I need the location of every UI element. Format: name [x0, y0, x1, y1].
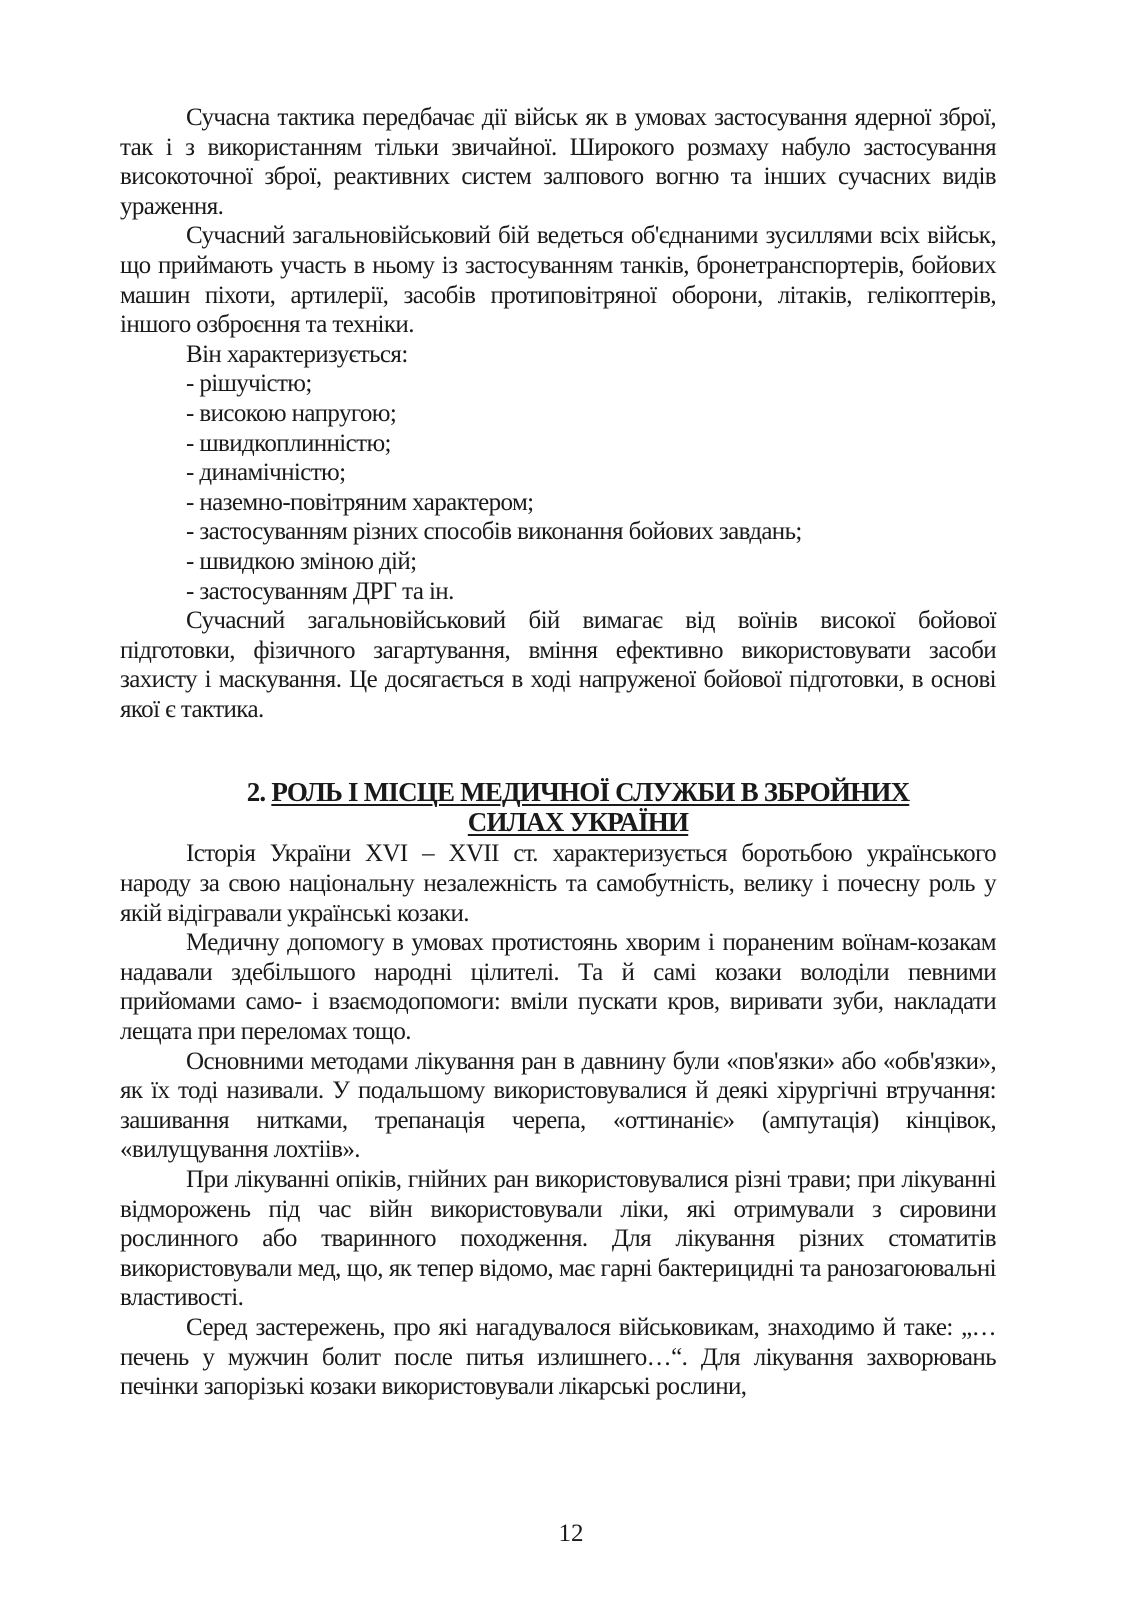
- paragraph: Сучасна тактика передбачає дії військ як…: [120, 103, 996, 221]
- paragraph: Сучасний загальновійськовий бій ведеться…: [120, 221, 996, 339]
- list-item: - швидкоплинністю;: [120, 429, 996, 459]
- characteristics-list: - рішучістю; - високою напругою; - швидк…: [120, 369, 996, 606]
- list-item: - швидкою зміною дій;: [120, 547, 996, 577]
- paragraph: Сучасний загальновійськовий бій вимагає …: [120, 606, 996, 724]
- section-title-line1: РОЛЬ І МІСЦЕ МЕДИЧНОЇ СЛУЖБИ В ЗБРОЙНИХ: [271, 777, 909, 807]
- section-heading: 2. РОЛЬ І МІСЦЕ МЕДИЧНОЇ СЛУЖБИ В ЗБРОЙН…: [120, 777, 996, 837]
- section-number: 2.: [247, 777, 272, 807]
- list-intro: Він характеризується:: [120, 340, 996, 370]
- paragraph: При лікуванні опіків, гнійних ран викори…: [120, 1165, 996, 1313]
- list-item: - наземно-повітряним характером;: [120, 488, 996, 518]
- list-item: - застосуванням ДРГ та ін.: [120, 577, 996, 607]
- list-item: - застосуванням різних способів виконанн…: [120, 517, 996, 547]
- paragraph: Історія України XVI – XVII ст. характери…: [120, 839, 996, 928]
- paragraph: Основними методами лікування ран в давни…: [120, 1047, 996, 1165]
- list-item: - високою напругою;: [120, 399, 996, 429]
- page-number: 12: [0, 1520, 1142, 1548]
- section-title-line2: СИЛАХ УКРАЇНИ: [468, 807, 688, 837]
- list-item: - динамічністю;: [120, 458, 996, 488]
- paragraph: Серед застережень, про які нагадувалося …: [120, 1313, 996, 1402]
- paragraph: Медичну допомогу в умовах протистоянь хв…: [120, 928, 996, 1046]
- section-2-body: Історія України XVI – XVII ст. характери…: [120, 839, 996, 1401]
- list-item: - рішучістю;: [120, 369, 996, 399]
- document-page: Сучасна тактика передбачає дії військ як…: [120, 103, 996, 1402]
